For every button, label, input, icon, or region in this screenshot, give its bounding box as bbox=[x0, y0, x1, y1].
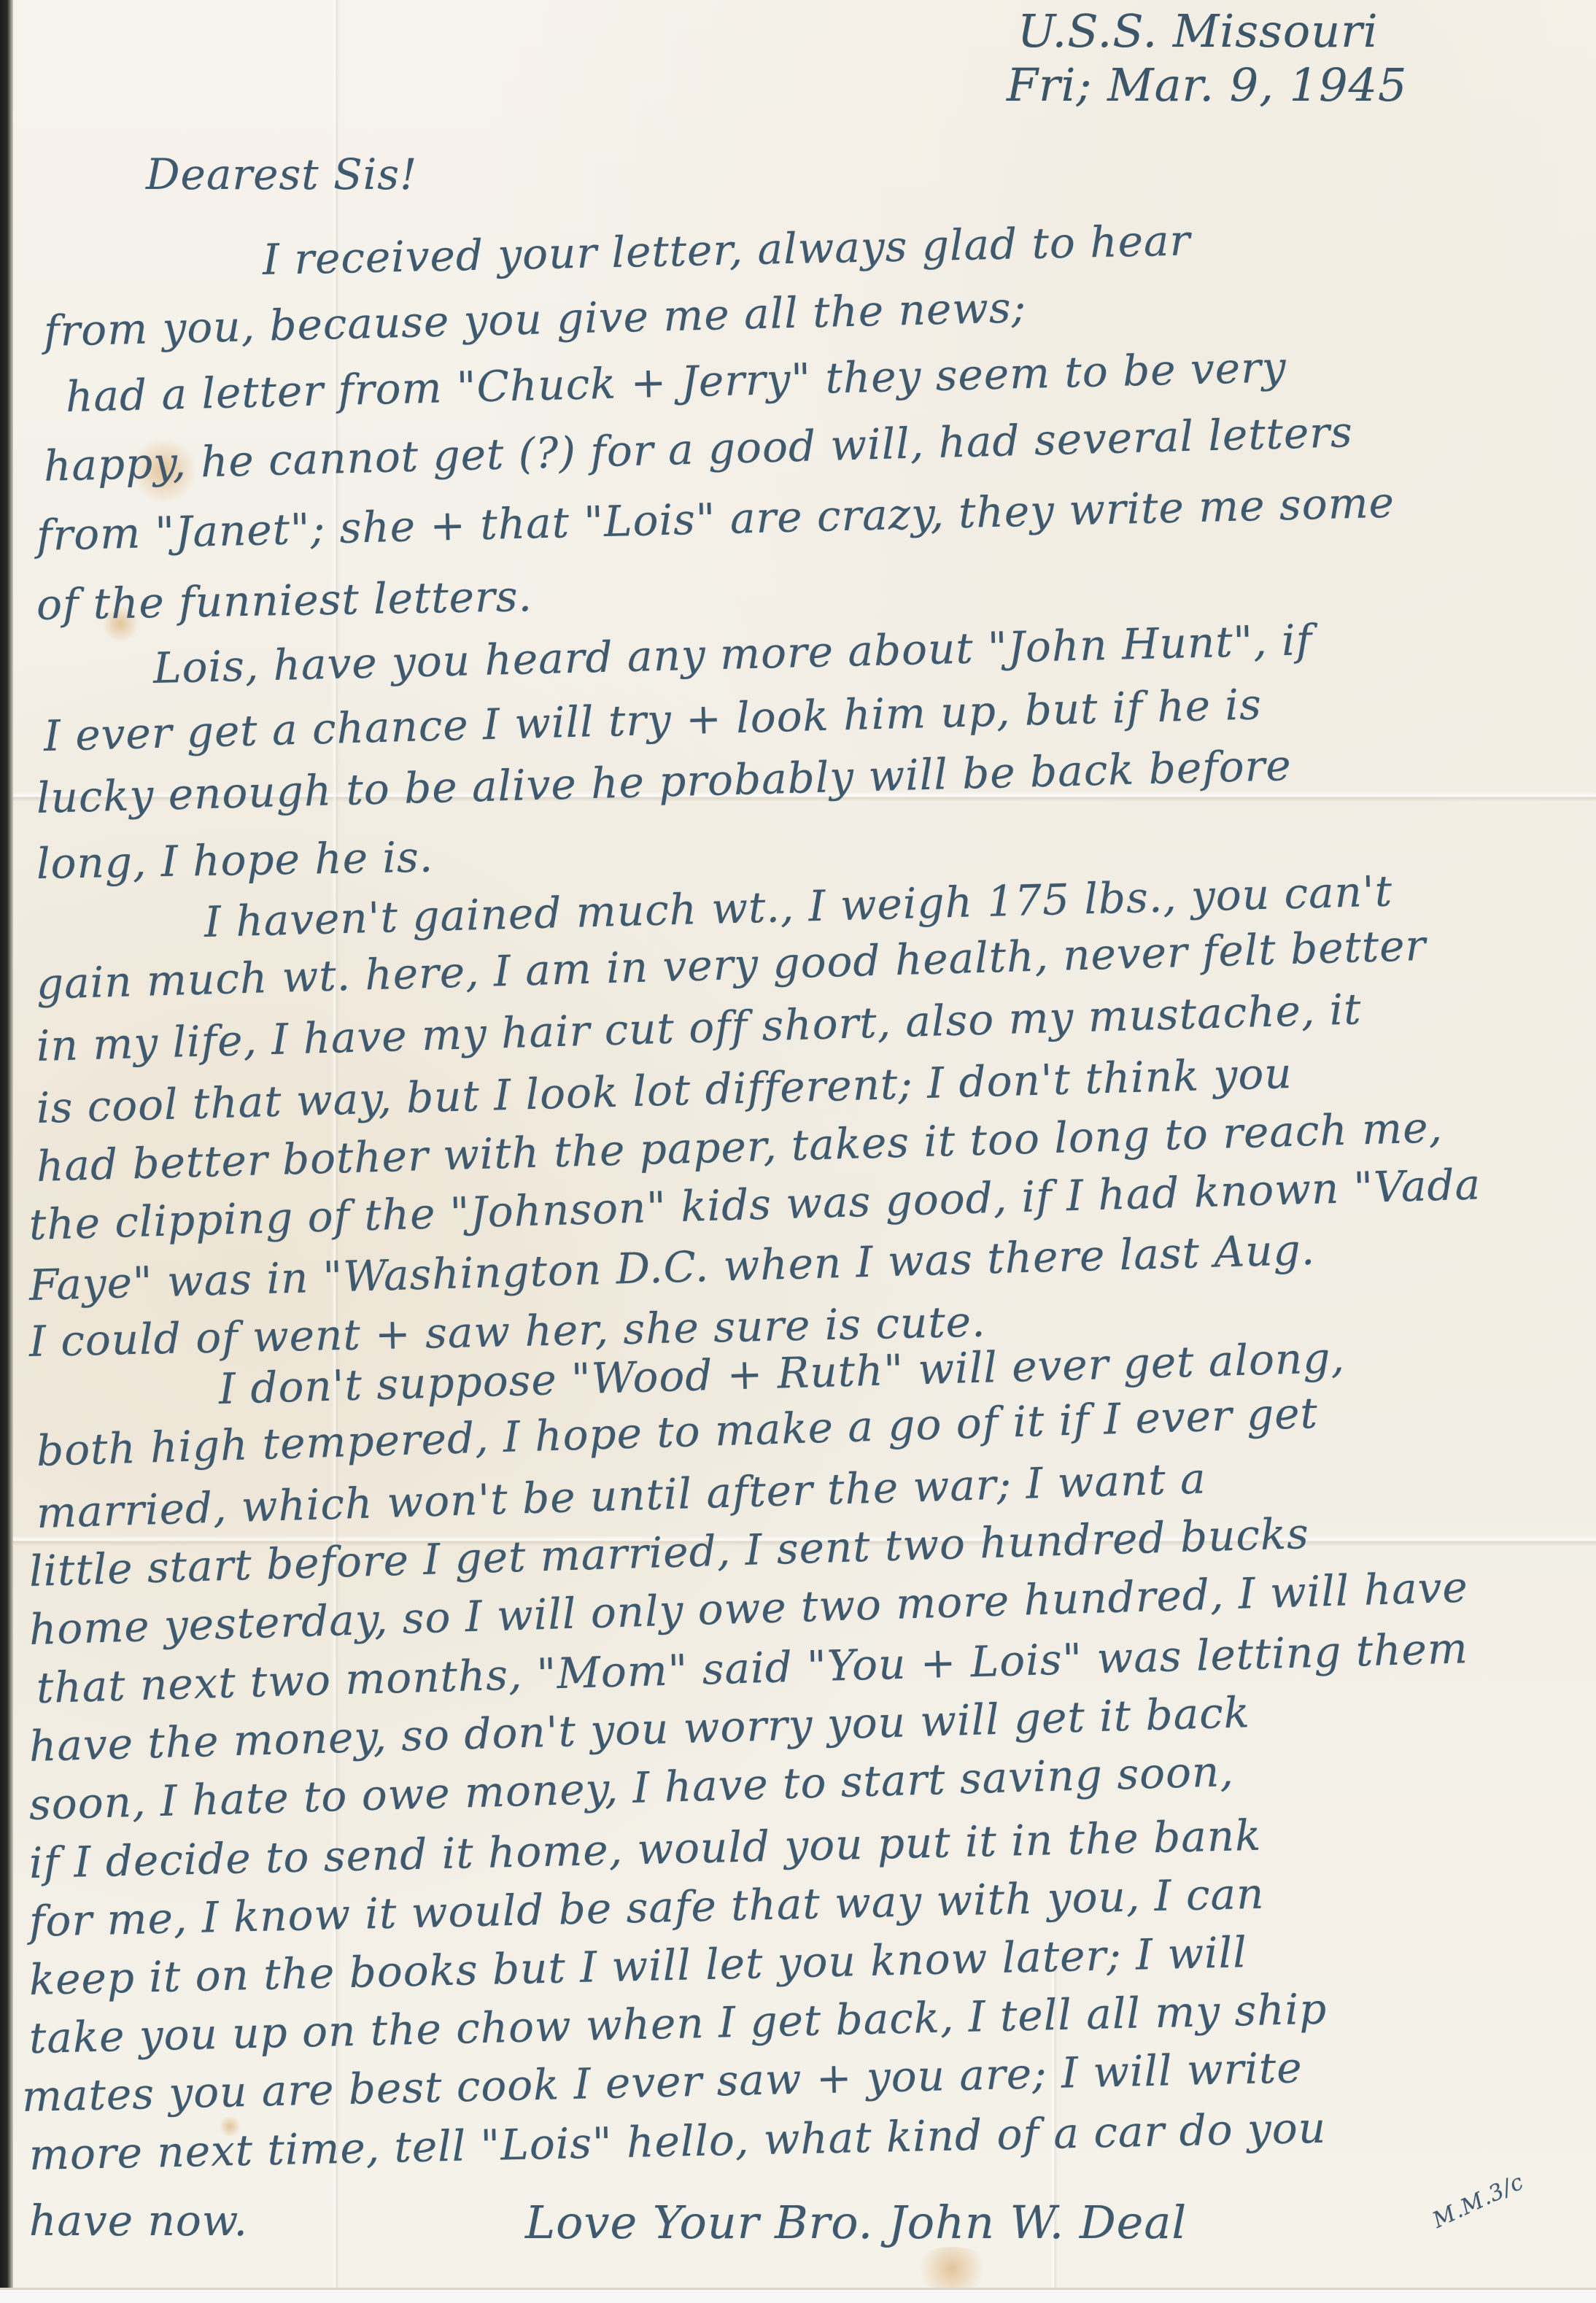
body-line: of the funniest letters. bbox=[36, 571, 532, 630]
body-line: have now. bbox=[29, 2196, 248, 2245]
ship-location: U.S.S. Missouri bbox=[1018, 4, 1379, 58]
body-line: long, I hope he is. bbox=[36, 832, 433, 889]
scan-border-left bbox=[0, 0, 13, 2303]
salutation: Dearest Sis! bbox=[146, 150, 417, 199]
signature: Love Your Bro. John W. Deal bbox=[525, 2196, 1187, 2249]
paper-stain bbox=[912, 2247, 992, 2291]
letter-date: Fri; Mar. 9, 1945 bbox=[1007, 58, 1407, 112]
scan-border-bottom bbox=[0, 2288, 1596, 2303]
